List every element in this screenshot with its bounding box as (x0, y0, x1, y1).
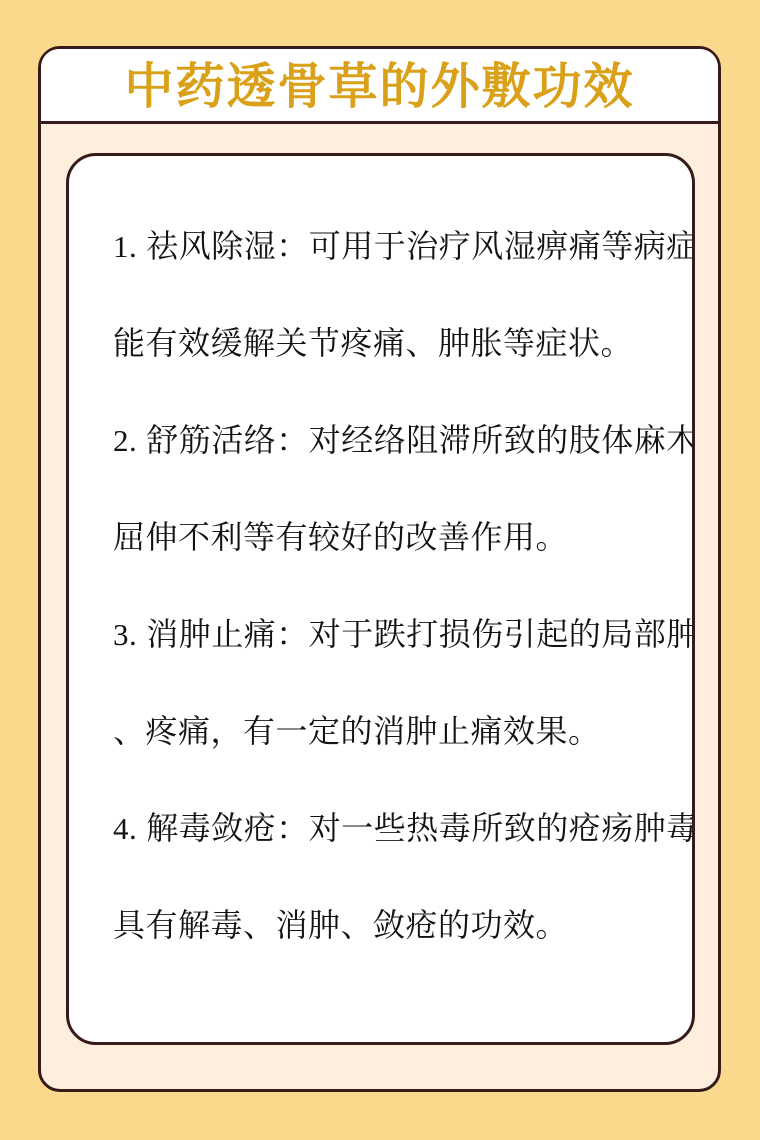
item-3-line-2: 、疼痛，有一定的消肿止痛效果。 (113, 683, 666, 780)
poster-card: 中药透骨草的外敷功效 1.祛风除湿：可用于治疗风湿痹痛等病症， 能有效缓解关节疼… (38, 46, 721, 1092)
content-panel: 1.祛风除湿：可用于治疗风湿痹痛等病症， 能有效缓解关节疼痛、肿胀等症状。 2.… (66, 153, 695, 1045)
item-1-number: 1. (113, 229, 137, 264)
item-2-number: 2. (113, 423, 137, 458)
page-title: 中药透骨草的外敷功效 (124, 48, 634, 118)
item-4-text-1: 解毒敛疮：对一些热毒所致的疮疡肿毒， (146, 810, 695, 846)
item-4-number: 4. (113, 811, 137, 846)
item-1-text-1: 祛风除湿：可用于治疗风湿痹痛等病症， (146, 228, 695, 264)
item-3-line-1: 3.消肿止痛：对于跌打损伤引起的局部肿胀 (113, 586, 666, 683)
item-4-line-1: 4.解毒敛疮：对一些热毒所致的疮疡肿毒， (113, 780, 666, 877)
item-2-line-1: 2.舒筋活络：对经络阻滞所致的肢体麻木、 (113, 392, 666, 489)
item-3-text-2: 、疼痛，有一定的消肿止痛效果。 (113, 713, 601, 749)
item-2-text-2: 屈伸不利等有较好的改善作用。 (113, 519, 568, 555)
background: 中药透骨草的外敷功效 1.祛风除湿：可用于治疗风湿痹痛等病症， 能有效缓解关节疼… (0, 0, 760, 1140)
item-1-line-1: 1.祛风除湿：可用于治疗风湿痹痛等病症， (113, 198, 666, 295)
item-2-text-1: 舒筋活络：对经络阻滞所致的肢体麻木、 (146, 422, 695, 458)
item-1-line-2: 能有效缓解关节疼痛、肿胀等症状。 (113, 295, 666, 392)
item-3-text-1: 消肿止痛：对于跌打损伤引起的局部肿胀 (146, 616, 695, 652)
item-1-text-2: 能有效缓解关节疼痛、肿胀等症状。 (113, 325, 633, 361)
card-header: 中药透骨草的外敷功效 (41, 49, 718, 124)
item-4-line-2: 具有解毒、消肿、敛疮的功效。 (113, 877, 666, 974)
item-3-number: 3. (113, 617, 137, 652)
item-2-line-2: 屈伸不利等有较好的改善作用。 (113, 489, 666, 586)
item-4-text-2: 具有解毒、消肿、敛疮的功效。 (113, 907, 568, 943)
